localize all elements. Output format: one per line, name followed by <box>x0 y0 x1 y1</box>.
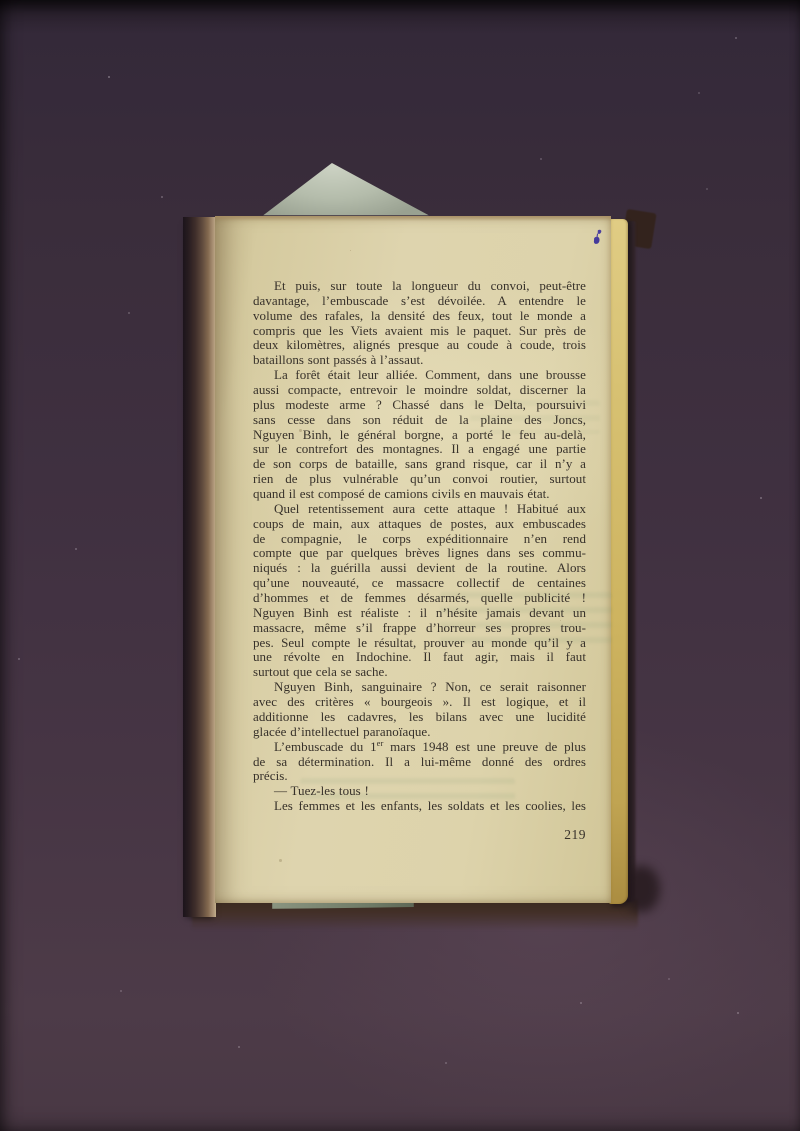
text-line: de son corps de bataille, sans grand ris… <box>253 457 586 472</box>
text-line: une révolte en Indochine. Il faut agir, … <box>253 650 586 665</box>
text-line: compris que les Viets avaient mis le paq… <box>253 324 586 339</box>
text-line: qu’une nouveauté, ce massacre collectif … <box>253 576 586 591</box>
text-line: glacée d’intellectuel paranoïaque. <box>253 725 586 740</box>
text-line: Quel retentissement aura cette attaque !… <box>253 502 586 517</box>
text-line: niqués : la guérilla aussi devient de la… <box>253 561 586 576</box>
text-line: pes. Seul compte le résultat, prouver au… <box>253 636 586 651</box>
text-line: Nguyen Binh, le général borgne, a porté … <box>253 428 586 443</box>
text-line: sur le contrefort des montagnes. Il a en… <box>253 442 586 457</box>
text-line: volume des rafales, la densité des feux,… <box>253 309 586 324</box>
text-line: Nguyen Binh, sanguinaire ? Non, ce serai… <box>253 680 586 695</box>
text-line: avec des critères « bourgeois ». Il est … <box>253 695 586 710</box>
text-line: précis. <box>253 769 586 784</box>
text-line: sans cesse dans son réduit de la plaine … <box>253 413 586 428</box>
text-line: massacre, même s’il frappe d’horreur ses… <box>253 621 586 636</box>
corner-shadow <box>626 866 660 912</box>
page-fore-edge <box>609 219 628 904</box>
book-bottom-shadow <box>192 899 638 930</box>
text-block: Et puis, sur toute la longueur du convoi… <box>253 279 586 814</box>
text-line: aussi compacte, entrevoir le moindre sol… <box>253 383 586 398</box>
text-line: coups de main, aux attaques de postes, a… <box>253 517 586 532</box>
page-number: 219 <box>253 827 586 843</box>
text-line: bataillons sont passés à l’assaut. <box>253 353 586 368</box>
cover-edge <box>627 221 637 902</box>
tucked-page-corner <box>258 159 434 217</box>
text-line: d’hommes et de femmes désarmés, quelle p… <box>253 591 586 606</box>
text-line: — Tuez-les tous ! <box>253 784 586 799</box>
text-line: La forêt était leur alliée. Comment, dan… <box>253 368 586 383</box>
text-line: L’embuscade du 1er mars 1948 est une pre… <box>253 740 586 755</box>
book-spine-gutter <box>183 217 216 917</box>
text-line: de sa détermination. Il a lui-même donné… <box>253 755 586 770</box>
paper-flecks <box>0 0 1 1</box>
text-line: surtout que cela se sache. <box>253 665 586 680</box>
text-line: Nguyen Binh est réaliste : il n’hésite j… <box>253 606 586 621</box>
text-line: additionne les cadavres, les bilans avec… <box>253 710 586 725</box>
page-top-edge <box>215 216 611 221</box>
text-line: davantage, l’embuscade s’est dévoilée. A… <box>253 294 586 309</box>
text-line: rien de plus vulnérable qu’un convoi rou… <box>253 472 586 487</box>
text-line: compte que par quelques brèves lignes da… <box>253 546 586 561</box>
text-line: deux kilomètres, alignés presque au coud… <box>253 338 586 353</box>
text-line: Les femmes et les enfants, les soldats e… <box>253 799 586 814</box>
text-line: plus modeste arme ? Chassé dans le Delta… <box>253 398 586 413</box>
text-line: quand il est composé de camions civils e… <box>253 487 586 502</box>
book-photo: Et puis, sur toute la longueur du convoi… <box>0 0 800 1131</box>
text-line: Et puis, sur toute la longueur du convoi… <box>253 279 586 294</box>
text-line: de compagnie, le corps expéditionnaire n… <box>253 532 586 547</box>
